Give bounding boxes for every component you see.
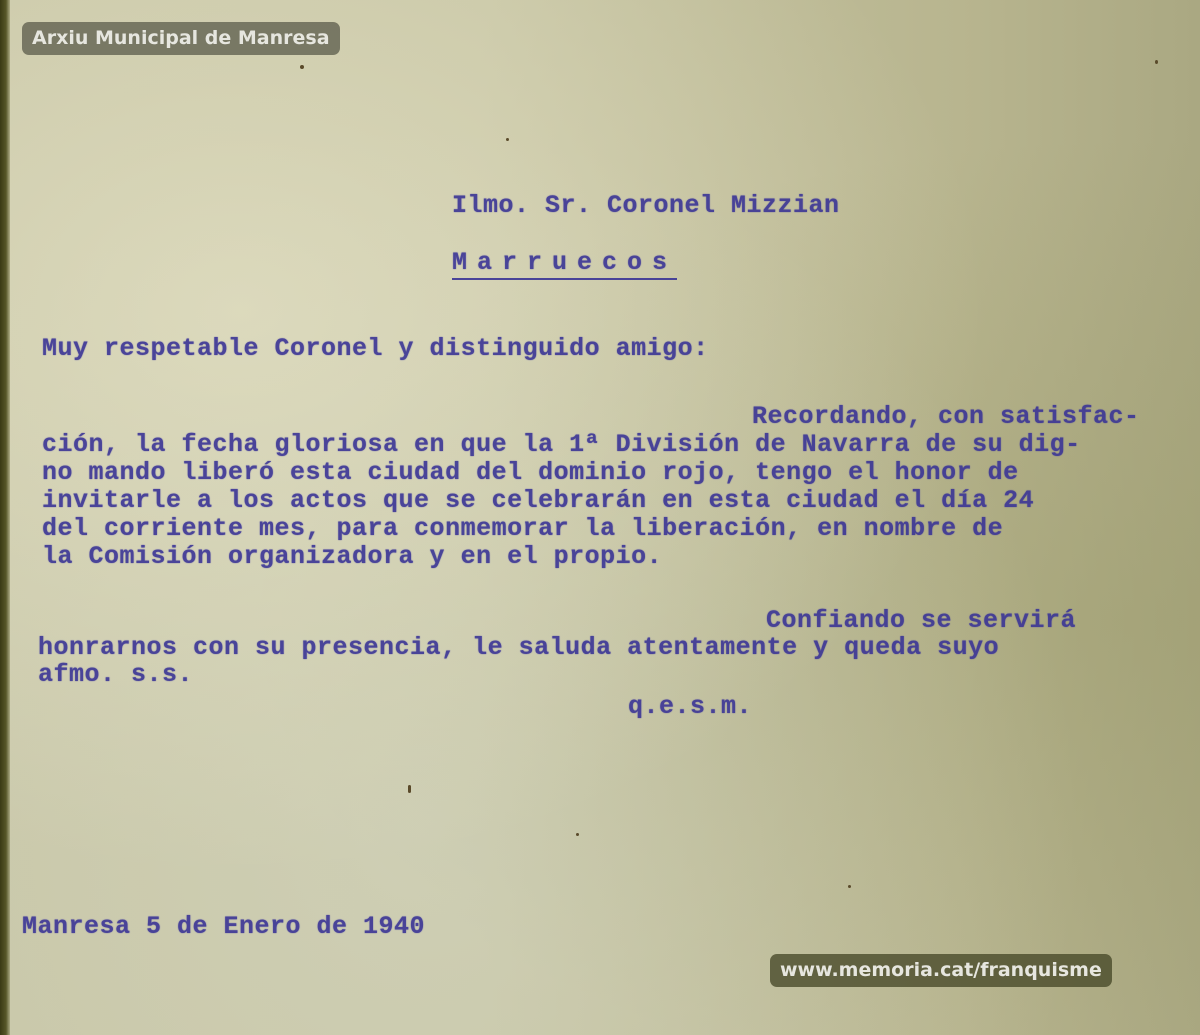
paragraph1-line: la Comisión organizadora y en el propio. (42, 542, 662, 571)
website-watermark: www.memoria.cat/franquisme (770, 954, 1112, 987)
paragraph2-line: Confiando se servirá (766, 606, 1076, 635)
paragraph1-line: no mando liberó esta ciudad del dominio … (42, 458, 1019, 487)
paper-speck (300, 65, 304, 69)
closing-formula: q.e.s.m. (628, 692, 752, 721)
paragraph1-line: Recordando, con satisfac- (752, 402, 1140, 431)
paragraph1-line: invitarle a los actos que se celebrarán … (42, 486, 1034, 515)
paper-speck (848, 885, 851, 888)
paper-speck (576, 833, 579, 836)
addressee: Ilmo. Sr. Coronel Mizzian (452, 191, 840, 220)
salutation: Muy respetable Coronel y distinguido ami… (42, 334, 709, 363)
destination: Marruecos (452, 248, 677, 280)
paragraph2-line: honrarnos con su presencia, le saluda at… (38, 633, 999, 662)
paragraph1-line: ción, la fecha gloriosa en que la 1ª Div… (42, 430, 1081, 459)
paper-edge-shadow (0, 0, 10, 1035)
paragraph1-line: del corriente mes, para conmemorar la li… (42, 514, 1003, 543)
archive-watermark: Arxiu Municipal de Manresa (22, 22, 340, 55)
paragraph2-line: afmo. s.s. (38, 660, 193, 689)
paper-speck (506, 138, 509, 141)
letter-date: Manresa 5 de Enero de 1940 (22, 912, 425, 941)
paper-speck (408, 785, 411, 793)
paper-speck (1155, 60, 1158, 64)
